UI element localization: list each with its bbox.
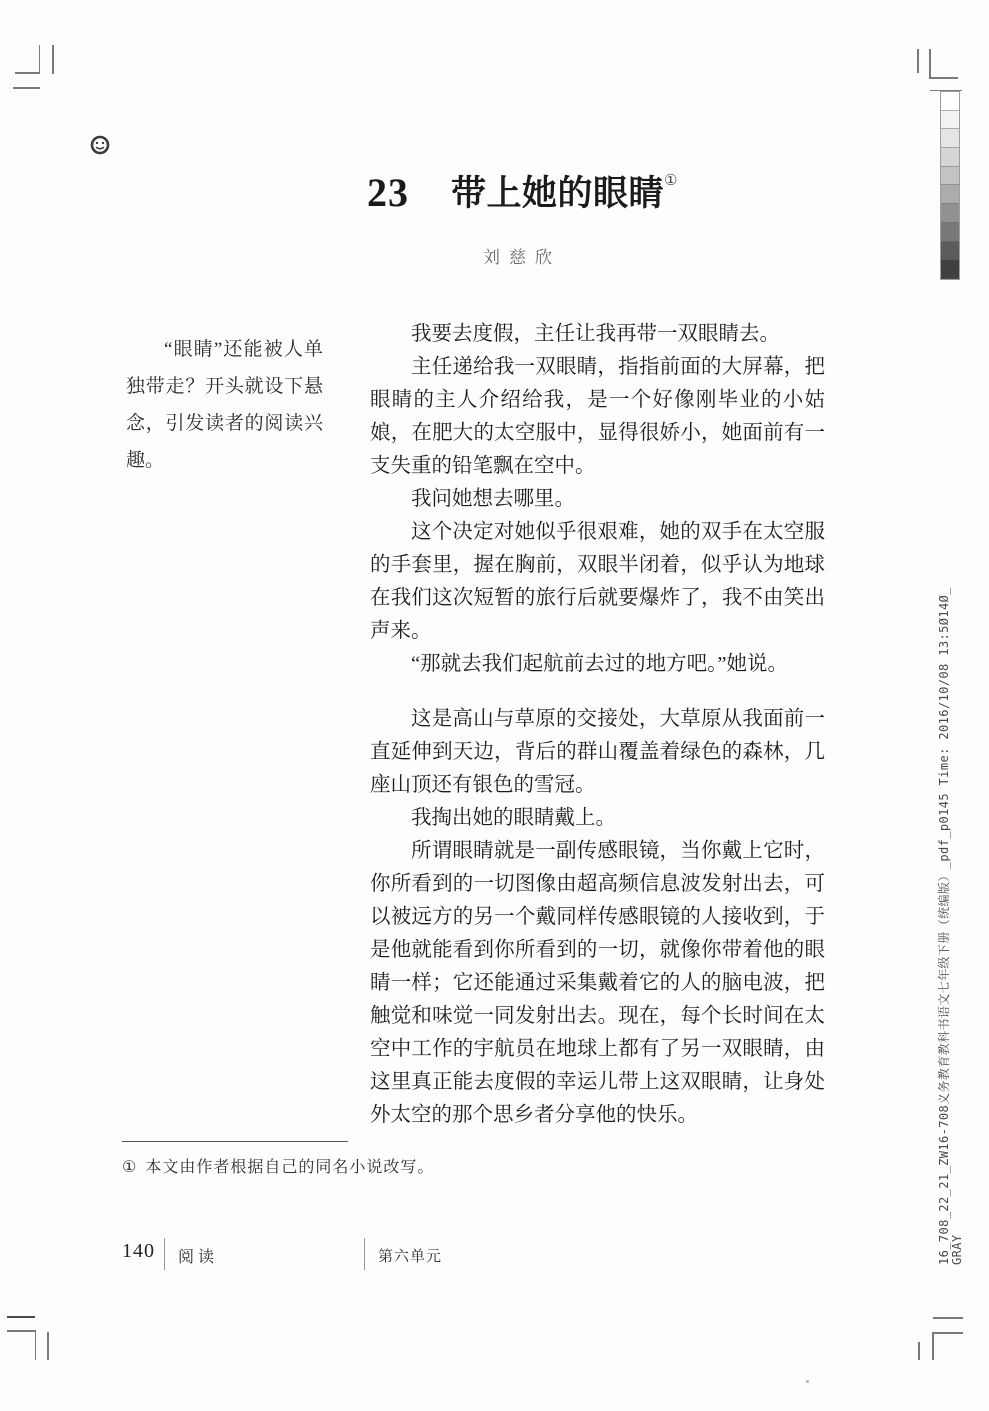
lesson-number: 23: [367, 170, 409, 216]
grayscale-step: [941, 167, 959, 186]
paragraph: 我要去度假，主任让我再带一双眼睛去。: [370, 318, 825, 351]
grayscale-step: [941, 92, 959, 111]
bottom-center-dot: [806, 1380, 809, 1383]
page-number: 140: [122, 1240, 155, 1263]
footer-divider: [364, 1238, 365, 1270]
print-info-line1: 16_708_22_21_ZW16-708义务教育教科书语文七年级下册（统编版）…: [938, 617, 951, 1265]
lesson-body: 我要去度假，主任让我再带一双眼睛去。主任递给我一双眼睛，指指前面的大屏幕，把眼睛…: [370, 318, 825, 1132]
paragraph: 这个决定对她似乎很艰难，她的双手在太空服的手套里，握在胸前，双眼半闭着，似乎认为…: [370, 516, 825, 648]
grayscale-calibration-bar: [941, 92, 959, 279]
grayscale-step: [941, 204, 959, 223]
page-footer: 140 阅 读 第六单元: [122, 1238, 822, 1272]
title-footnote-ref: ①: [664, 172, 677, 190]
lesson-title: 23 带上她的眼睛 ①: [367, 170, 847, 218]
grayscale-step: [941, 185, 959, 204]
paragraph: 我掏出她的眼睛戴上。: [370, 802, 825, 835]
footer-divider: [164, 1238, 165, 1270]
print-info-line2: GRAY: [951, 617, 964, 1265]
paragraph: “那就去我们起航前去过的地方吧。”她说。: [370, 648, 825, 681]
paragraph: 我问她想去哪里。: [370, 483, 825, 516]
footnote-text: 本文由作者根据自己的同名小说改写。: [145, 1159, 434, 1176]
grayscale-step: [941, 111, 959, 130]
paragraph: 所谓眼睛就是一副传感眼镜，当你戴上它时，你所看到的一切图像由超高频信息波发射出去…: [370, 835, 825, 1132]
grayscale-step: [941, 242, 959, 261]
paragraph: 主任递给我一双眼睛，指指前面的大屏幕，把眼睛的主人介绍给我，是一个好像刚毕业的小…: [370, 351, 825, 483]
grayscale-step: [941, 223, 959, 242]
lesson-title-text: 带上她的眼睛: [451, 170, 664, 218]
grayscale-step: [941, 129, 959, 148]
footnote: ①本文由作者根据自己的同名小说改写。: [122, 1141, 842, 1177]
grayscale-step: [941, 260, 959, 279]
footnote-marker: ①: [122, 1159, 137, 1176]
footnote-divider: [122, 1141, 348, 1142]
footer-section-label: 阅 读: [178, 1244, 214, 1267]
margin-note: “眼睛”还能被人单独带走？开头就设下悬念，引发读者的阅读兴趣。: [126, 331, 323, 479]
footer-unit-label: 第六单元: [378, 1245, 442, 1266]
smiley-face-icon: [90, 135, 110, 155]
textbook-page: { "title": { "number": "23", "text": "带上…: [0, 0, 989, 1411]
print-production-info: 16_708_22_21_ZW16-708义务教育教科书语文七年级下册（统编版）…: [938, 617, 964, 1265]
paragraph: 这是高山与草原的交接处，大草原从我面前一直延伸到天边，背后的群山覆盖着绿色的森林…: [370, 703, 825, 802]
author-name: 刘慈欣: [483, 243, 561, 268]
grayscale-step: [941, 148, 959, 167]
